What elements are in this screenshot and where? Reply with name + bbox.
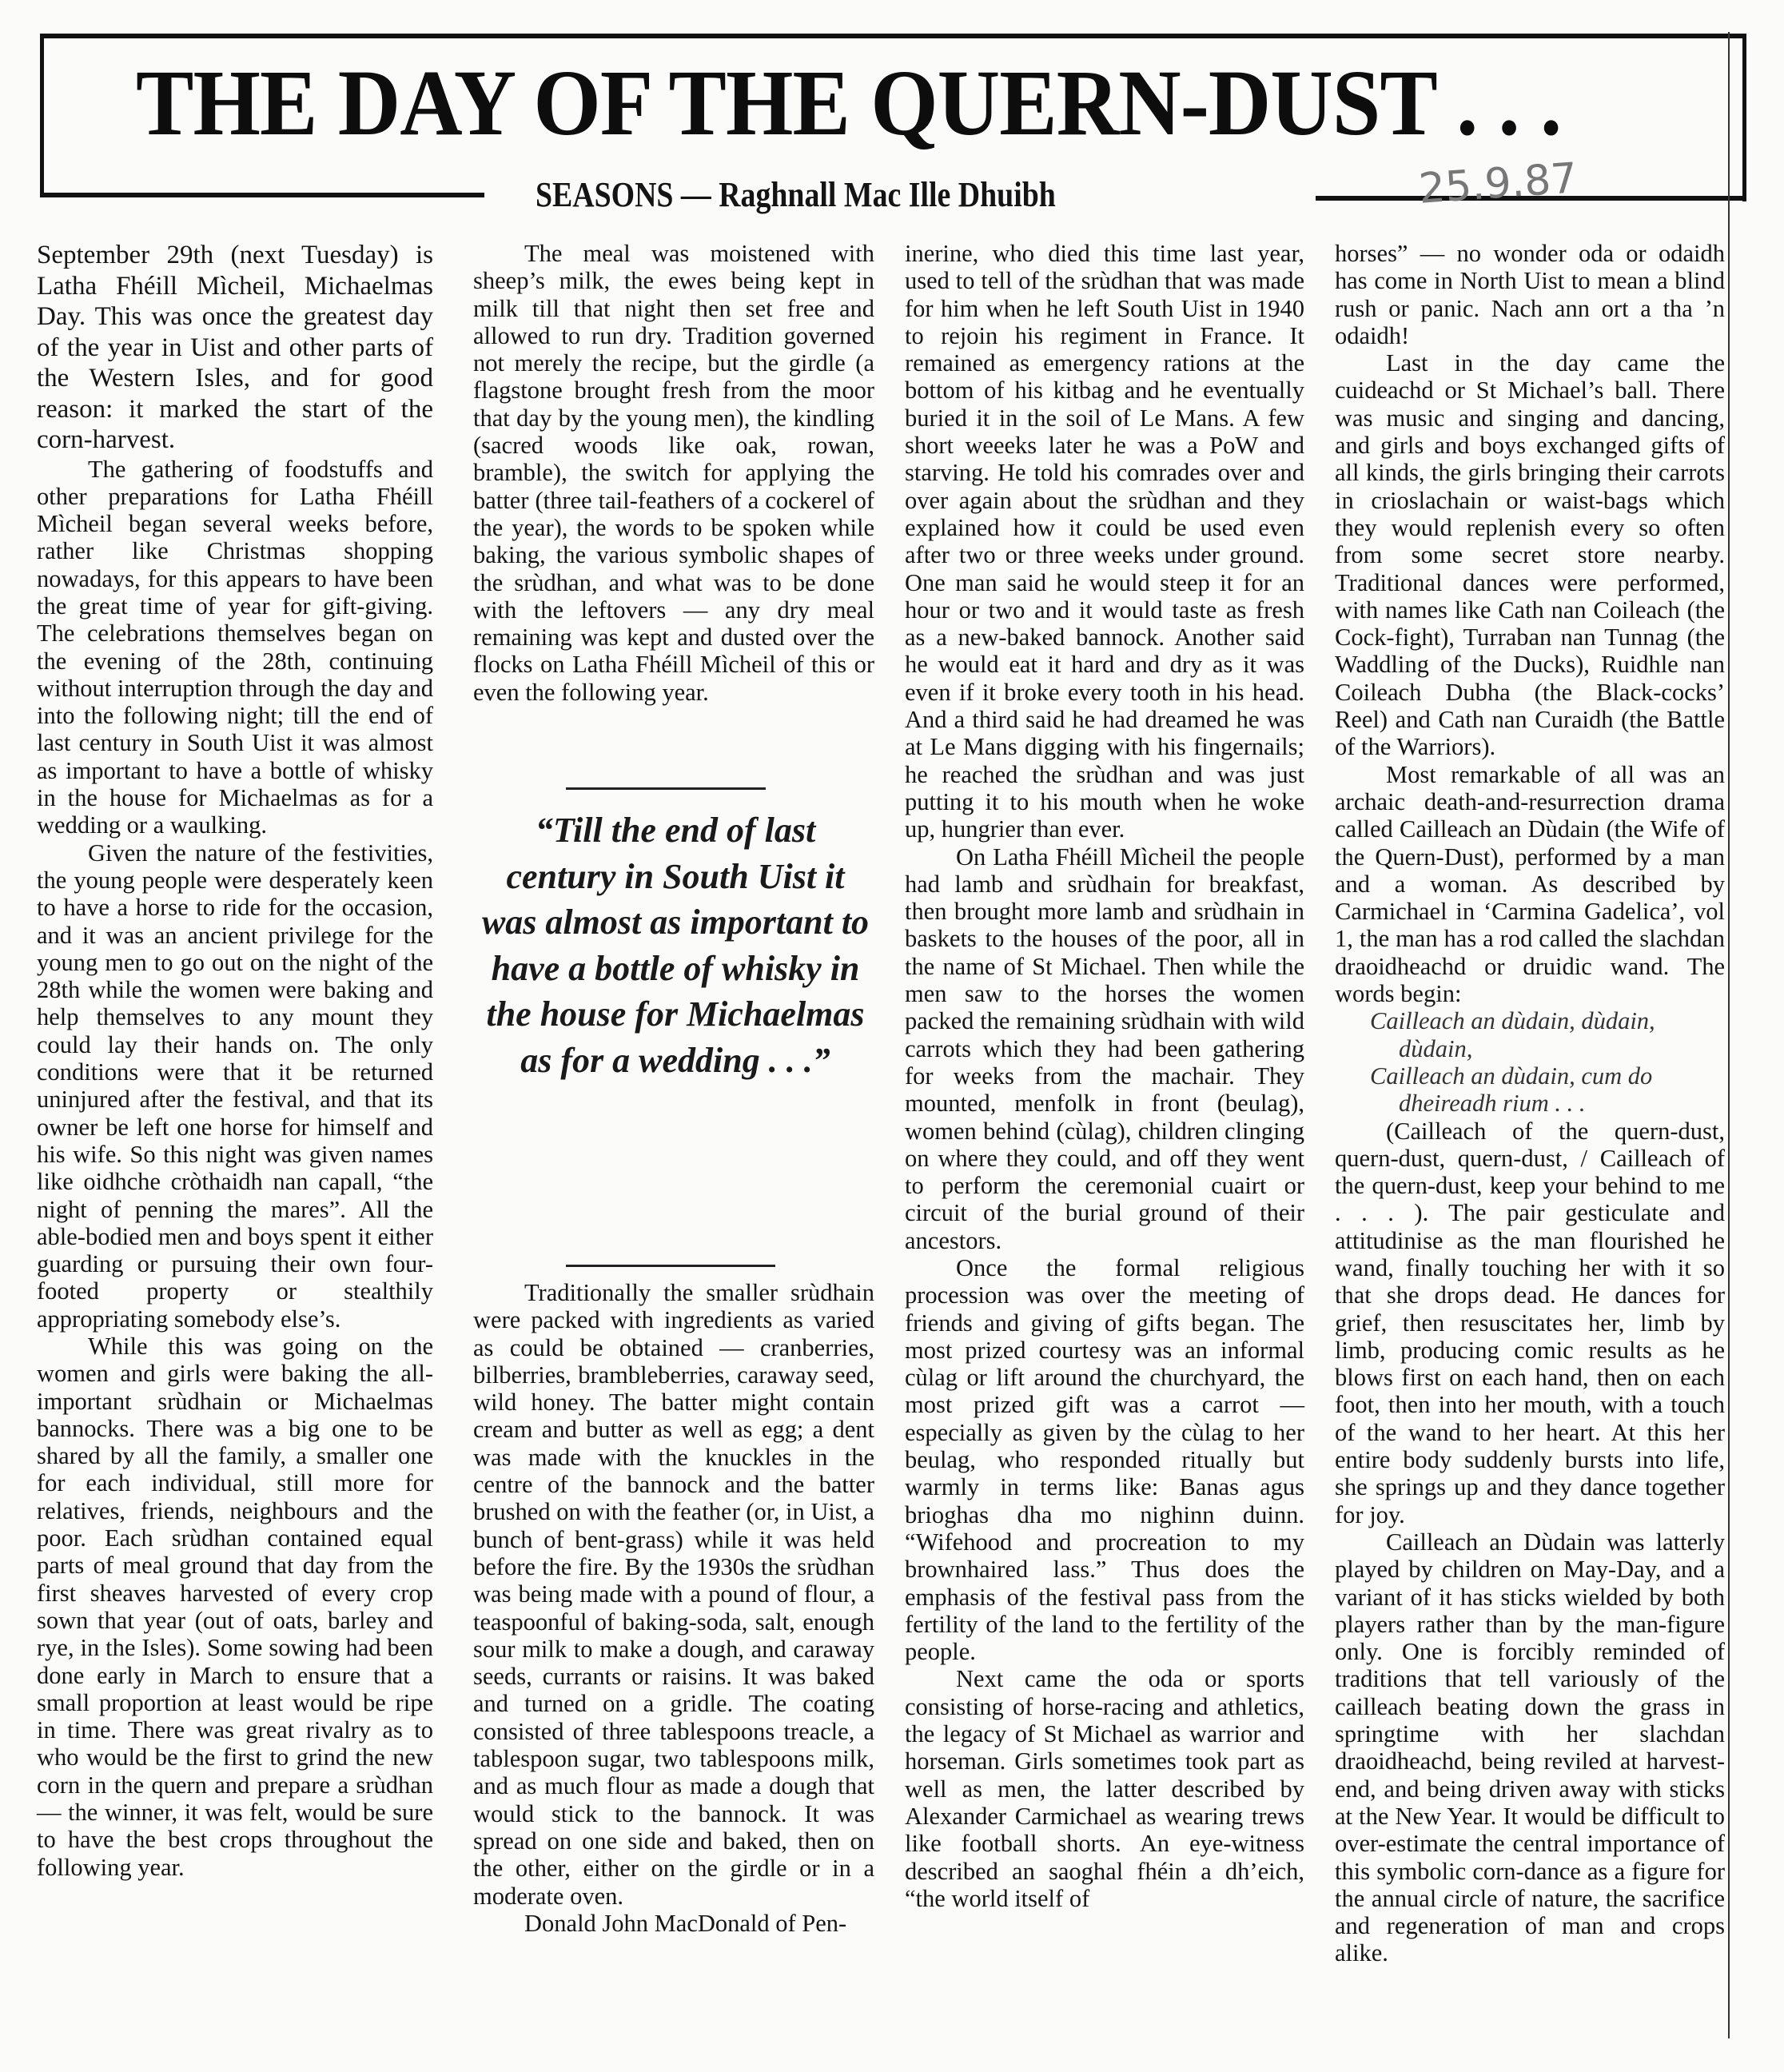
article-column-2: The meal was moistened with sheep’s milk… [473,240,874,706]
paragraph-text: Donald John MacDonald of Pen- [524,1910,846,1937]
paragraph: The gathering of foodstuffs and other pr… [37,456,433,839]
headline-box-bottom-rule-left [40,193,484,197]
paragraph: On Latha Fhéill Mìcheil the people had l… [905,843,1304,1254]
paragraph: Next came the oda or sports consisting o… [905,1665,1304,1912]
paragraph: While this was going on the women and gi… [37,1333,433,1881]
lead-paragraph: September 29th (next Tuesday) is Latha F… [37,240,433,456]
paragraph: Donald John MacDonald of Pen- [473,1910,874,1937]
paragraph-text: Next came the oda or sports consisting o… [905,1665,1304,1911]
paragraph-text: Last in the day came the cuideachd or St… [1335,349,1725,760]
paragraph-text: September 29th (next Tuesday) is Latha F… [37,241,433,454]
paragraph-text: Cailleach an Dùdain was latterly played … [1335,1528,1725,1966]
paragraph-continued: inerine, who died this time last year, u… [905,240,1304,843]
paragraph: Cailleach an Dùdain was latterly played … [1335,1528,1725,1967]
article-column-2-continued: Traditionally the smaller srùdhain were … [473,1279,874,1937]
verse-line: Cailleach an dùdain, cum do [1335,1062,1725,1090]
paragraph: (Cailleach of the quern-dust, quern-dust… [1335,1118,1725,1528]
byline: SEASONS — Raghnall Mac Ille Dhuibh [536,174,1056,215]
pull-quote-bottom-rule [566,1265,775,1267]
paragraph-text: The meal was moistened with sheep’s milk… [473,240,874,706]
paragraph-text: Once the formal religious procession was… [905,1254,1304,1665]
pull-quote: “Till the end of last century in South U… [480,807,871,1083]
paragraph: The meal was moistened with sheep’s milk… [473,240,874,706]
paragraph: Once the formal religious procession was… [905,1254,1304,1665]
headline: THE DAY OF THE QUERN-DUST . . . [136,56,1533,150]
handwritten-date: 25.9.87 [1417,154,1579,213]
verse-block: Cailleach an dùdain, dùdain, dùdain, Cai… [1335,1007,1725,1117]
paragraph-text: inerine, who died this time last year, u… [905,240,1304,843]
headline-box-top-rule [40,34,1746,38]
paragraph-text: The gathering of foodstuffs and other pr… [37,456,433,839]
paragraph-text: Given the nature of the festivities, the… [37,839,433,1333]
paragraph-text: Traditionally the smaller srùdhain were … [473,1279,874,1910]
paragraph-text: horses” — no wonder oda or odaidh has co… [1335,240,1725,349]
paragraph: Last in the day came the cuideachd or St… [1335,349,1725,760]
verse-line: dùdain, [1335,1035,1725,1062]
paragraph: Most remarkable of all was an archaic de… [1335,761,1725,1008]
paragraph-text: On Latha Fhéill Mìcheil the people had l… [905,843,1304,1254]
article-column-1: September 29th (next Tuesday) is Latha F… [37,240,433,1881]
article-column-4: horses” — no wonder oda or odaidh has co… [1335,240,1725,1967]
verse-line: dheireadh rium . . . [1335,1090,1725,1117]
headline-box-left-rule [40,34,44,195]
paragraph-text: (Cailleach of the quern-dust, quern-dust… [1335,1118,1725,1528]
paragraph-text: While this was going on the women and gi… [37,1333,433,1881]
article-column-3: inerine, who died this time last year, u… [905,240,1304,1912]
paragraph-text: Most remarkable of all was an archaic de… [1335,761,1725,1007]
paragraph: Traditionally the smaller srùdhain were … [473,1279,874,1910]
pull-quote-top-rule [566,787,766,790]
headline-box-right-rule [1742,34,1746,201]
verse-line: Cailleach an dùdain, dùdain, [1335,1007,1725,1034]
paragraph: Given the nature of the festivities, the… [37,839,433,1333]
page-edge-rule [1728,32,1730,2038]
paragraph-continued: horses” — no wonder oda or odaidh has co… [1335,240,1725,349]
